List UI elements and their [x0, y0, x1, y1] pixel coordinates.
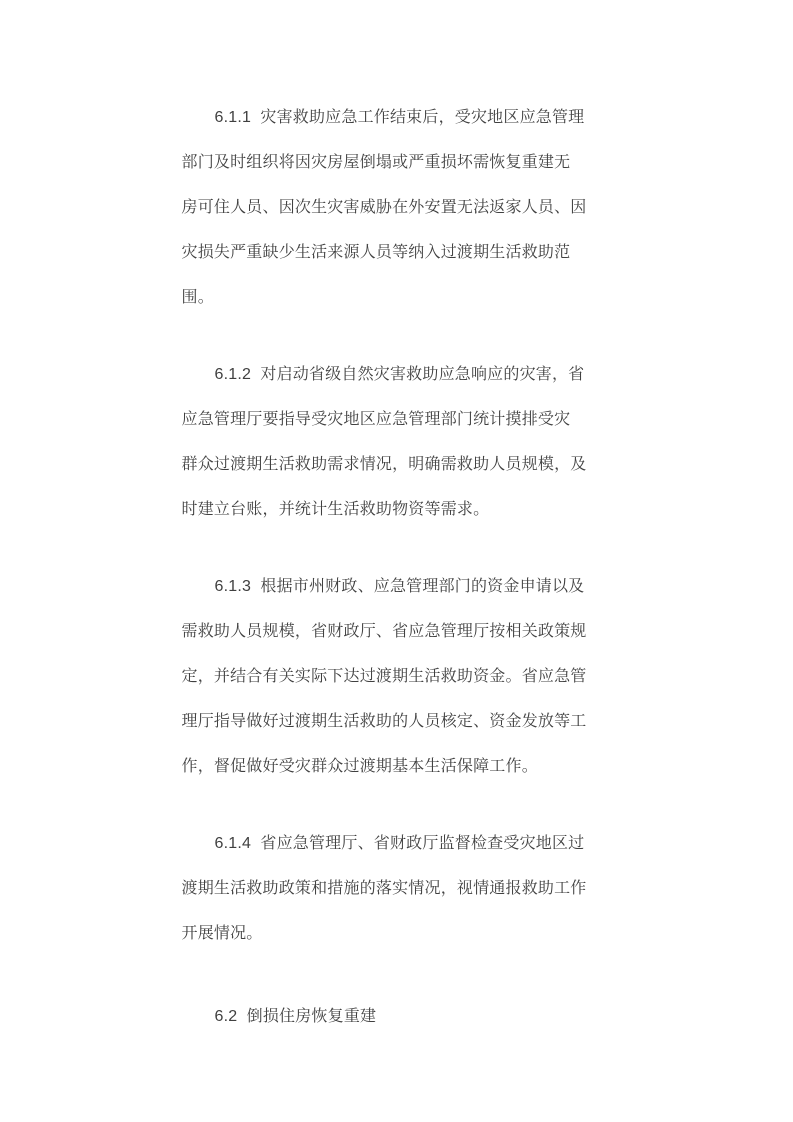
- paragraph-6-1-3: 6.1.3 根据市州财政、应急管理部门的资金申请以及 需救助人员规模，省财政厅、…: [182, 564, 612, 789]
- paragraph-6-1-1: 6.1.1 灾害救助应急工作结束后，受灾地区应急管理 部门及时组织将因灾房屋倒塌…: [182, 95, 612, 320]
- document-body: 6.1.1 灾害救助应急工作结束后，受灾地区应急管理 部门及时组织将因灾房屋倒塌…: [182, 95, 612, 1039]
- paragraph-6-1-2: 6.1.2 对启动省级自然灾害救助应急响应的灾害，省 应急管理厅要指导受灾地区应…: [182, 352, 612, 532]
- section-heading-6-2: 6.2 倒损住房恢复重建: [182, 994, 612, 1039]
- paragraph-6-1-4: 6.1.4 省应急管理厅、省财政厅监督检查受灾地区过 渡期生活救助政策和措施的落…: [182, 821, 612, 956]
- document-page: 6.1.1 灾害救助应急工作结束后，受灾地区应急管理 部门及时组织将因灾房屋倒塌…: [0, 0, 793, 1122]
